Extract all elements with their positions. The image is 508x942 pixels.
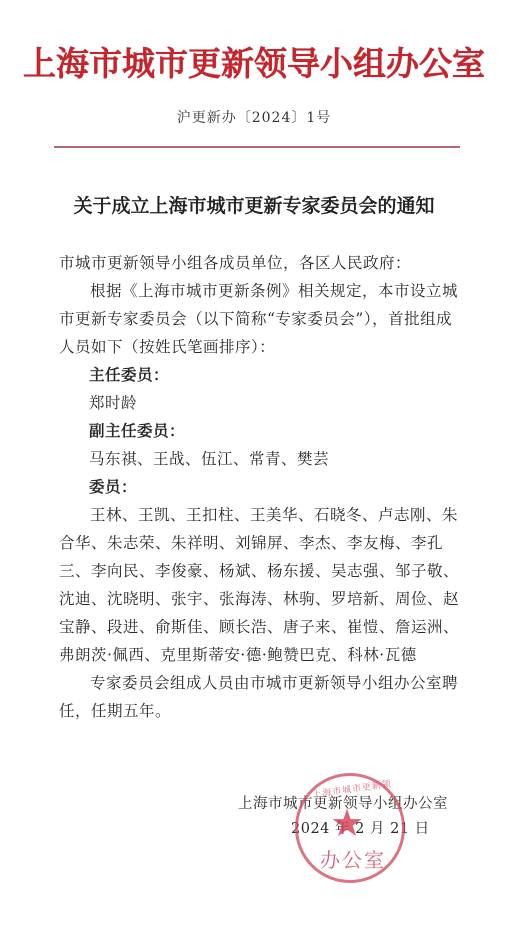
deputy-names: 马东祺、王战、伍江、常青、樊芸 bbox=[59, 445, 459, 473]
salutation: 市城市更新领导小组各成员单位，各区人民政府： bbox=[59, 249, 459, 277]
deputy-label: 副主任委员： bbox=[59, 417, 459, 445]
header-divider bbox=[54, 146, 460, 148]
director-label: 主任委员： bbox=[59, 361, 459, 389]
closing-paragraph: 专家委员会组成人员由市城市更新领导小组办公室聘任，任期五年。 bbox=[59, 669, 459, 725]
document-title: 关于成立上海市城市更新专家委员会的通知 bbox=[0, 191, 508, 218]
signature-date: 2024 年 2 月 21 日 bbox=[238, 817, 468, 838]
signature-organization: 上海市城市更新领导小组办公室 bbox=[238, 792, 468, 813]
member-names: 王林、王凯、王扣柱、王美华、石晓冬、卢志刚、朱合华、朱志荣、朱祥明、刘锦屏、李杰… bbox=[59, 501, 459, 669]
issuer-masthead: 上海市城市更新领导小组办公室 bbox=[0, 38, 508, 85]
document-body: 市城市更新领导小组各成员单位，各区人民政府： 根据《上海市城市更新条例》相关规定… bbox=[59, 249, 459, 725]
director-name: 郑时龄 bbox=[59, 389, 459, 417]
seal-center-text: 办公室 bbox=[320, 844, 386, 873]
signature-block: 上海市城市更新领导小组办公室 2024 年 2 月 21 日 bbox=[238, 792, 468, 838]
members-label: 委员： bbox=[59, 473, 459, 501]
document-number: 沪更新办〔2024〕1号 bbox=[0, 107, 508, 127]
intro-paragraph: 根据《上海市城市更新条例》相关规定，本市设立城市更新专家委员会（以下简称“专家委… bbox=[59, 277, 459, 361]
